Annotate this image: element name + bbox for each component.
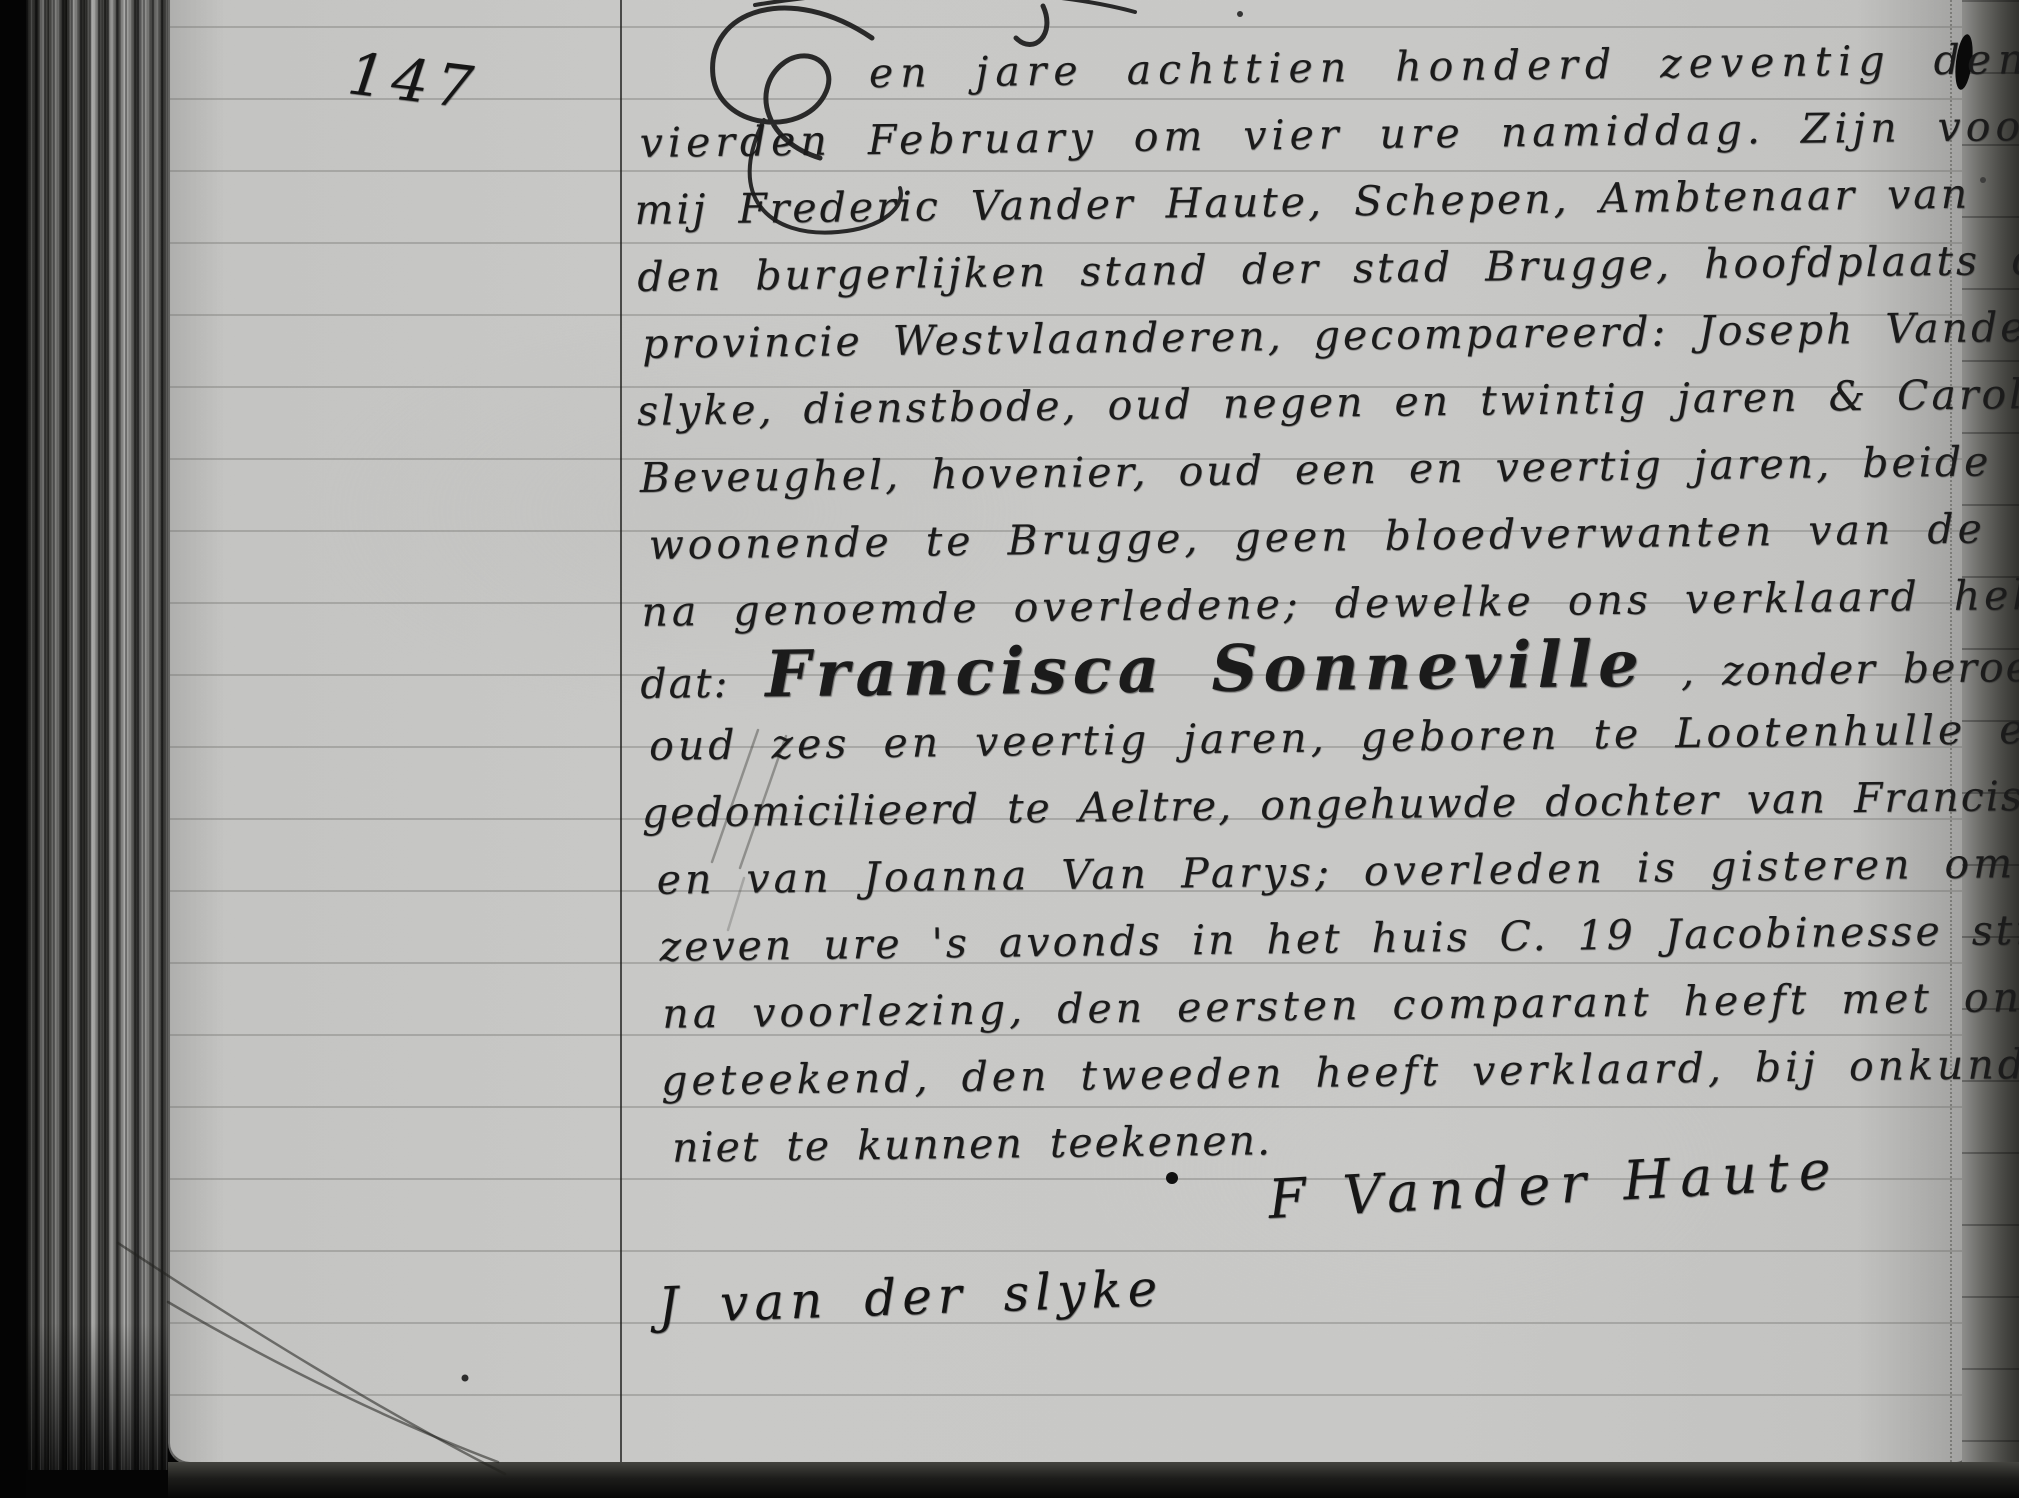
book-spine-shadow bbox=[0, 0, 26, 1498]
handwriting-line: en van Joanna Van Parys; overleden is gi… bbox=[656, 839, 2016, 905]
handwriting-line: na voorlezing, den eersten comparant hee… bbox=[662, 973, 2019, 1039]
name-line-suffix: , zonder beroep, bbox=[1681, 642, 2019, 695]
deceased-name: Francisca Sonneville bbox=[765, 627, 1645, 713]
left-margin-rule bbox=[620, 0, 622, 1462]
handwriting-line: den burgerlijken stand der stad Brugge, … bbox=[637, 235, 2019, 302]
handwriting-line: gedomicilieerd te Aeltre, ongehuwde doch… bbox=[642, 771, 2019, 838]
handwriting-line: geteekend, den tweeden heeft verklaard, … bbox=[661, 1039, 2019, 1105]
handwriting-line: niet te kunnen teekenen. bbox=[672, 1116, 1273, 1173]
handwriting-line: vierden February om vier ure namiddag. Z… bbox=[639, 102, 2019, 168]
stacked-page-edges bbox=[26, 0, 168, 1470]
handwriting-line: oud zes en veertig jaren, geboren te Loo… bbox=[649, 705, 2019, 771]
handwriting-line: Beveughel, hovenier, oud een en veertig … bbox=[640, 437, 1992, 503]
handwriting-line: zeven ure 's avonds in het huis C. 19 Ja… bbox=[659, 904, 2019, 972]
act-body: en jare achttien honderd zeventig den vi… bbox=[632, 0, 1980, 1462]
deceased-name-line: dat: Francisca Sonneville , zonder beroe… bbox=[640, 627, 2019, 709]
handwriting-line: mij Frederic Vander Haute, Schepen, Ambt… bbox=[634, 170, 1970, 236]
handwriting-line: na genoemde overledene; dewelke ons verk… bbox=[641, 570, 2019, 637]
handwriting-line: woonende te Brugge, geen bloedverwanten … bbox=[648, 503, 2019, 570]
handwriting-line: en jare achttien honderd zeventig den bbox=[869, 35, 2019, 98]
page-bottom-edge bbox=[168, 1462, 2019, 1498]
register-scan: 147 en jare achttien honderd zeventig de… bbox=[0, 0, 2019, 1498]
handwriting-line: slyke, dienstbode, oud negen en twintig … bbox=[637, 369, 2019, 436]
record-number: 147 bbox=[345, 44, 483, 118]
name-line-prefix: dat: bbox=[640, 659, 730, 708]
handwriting-line: provincie Westvlaanderen, gecompareerd: … bbox=[642, 302, 2019, 369]
